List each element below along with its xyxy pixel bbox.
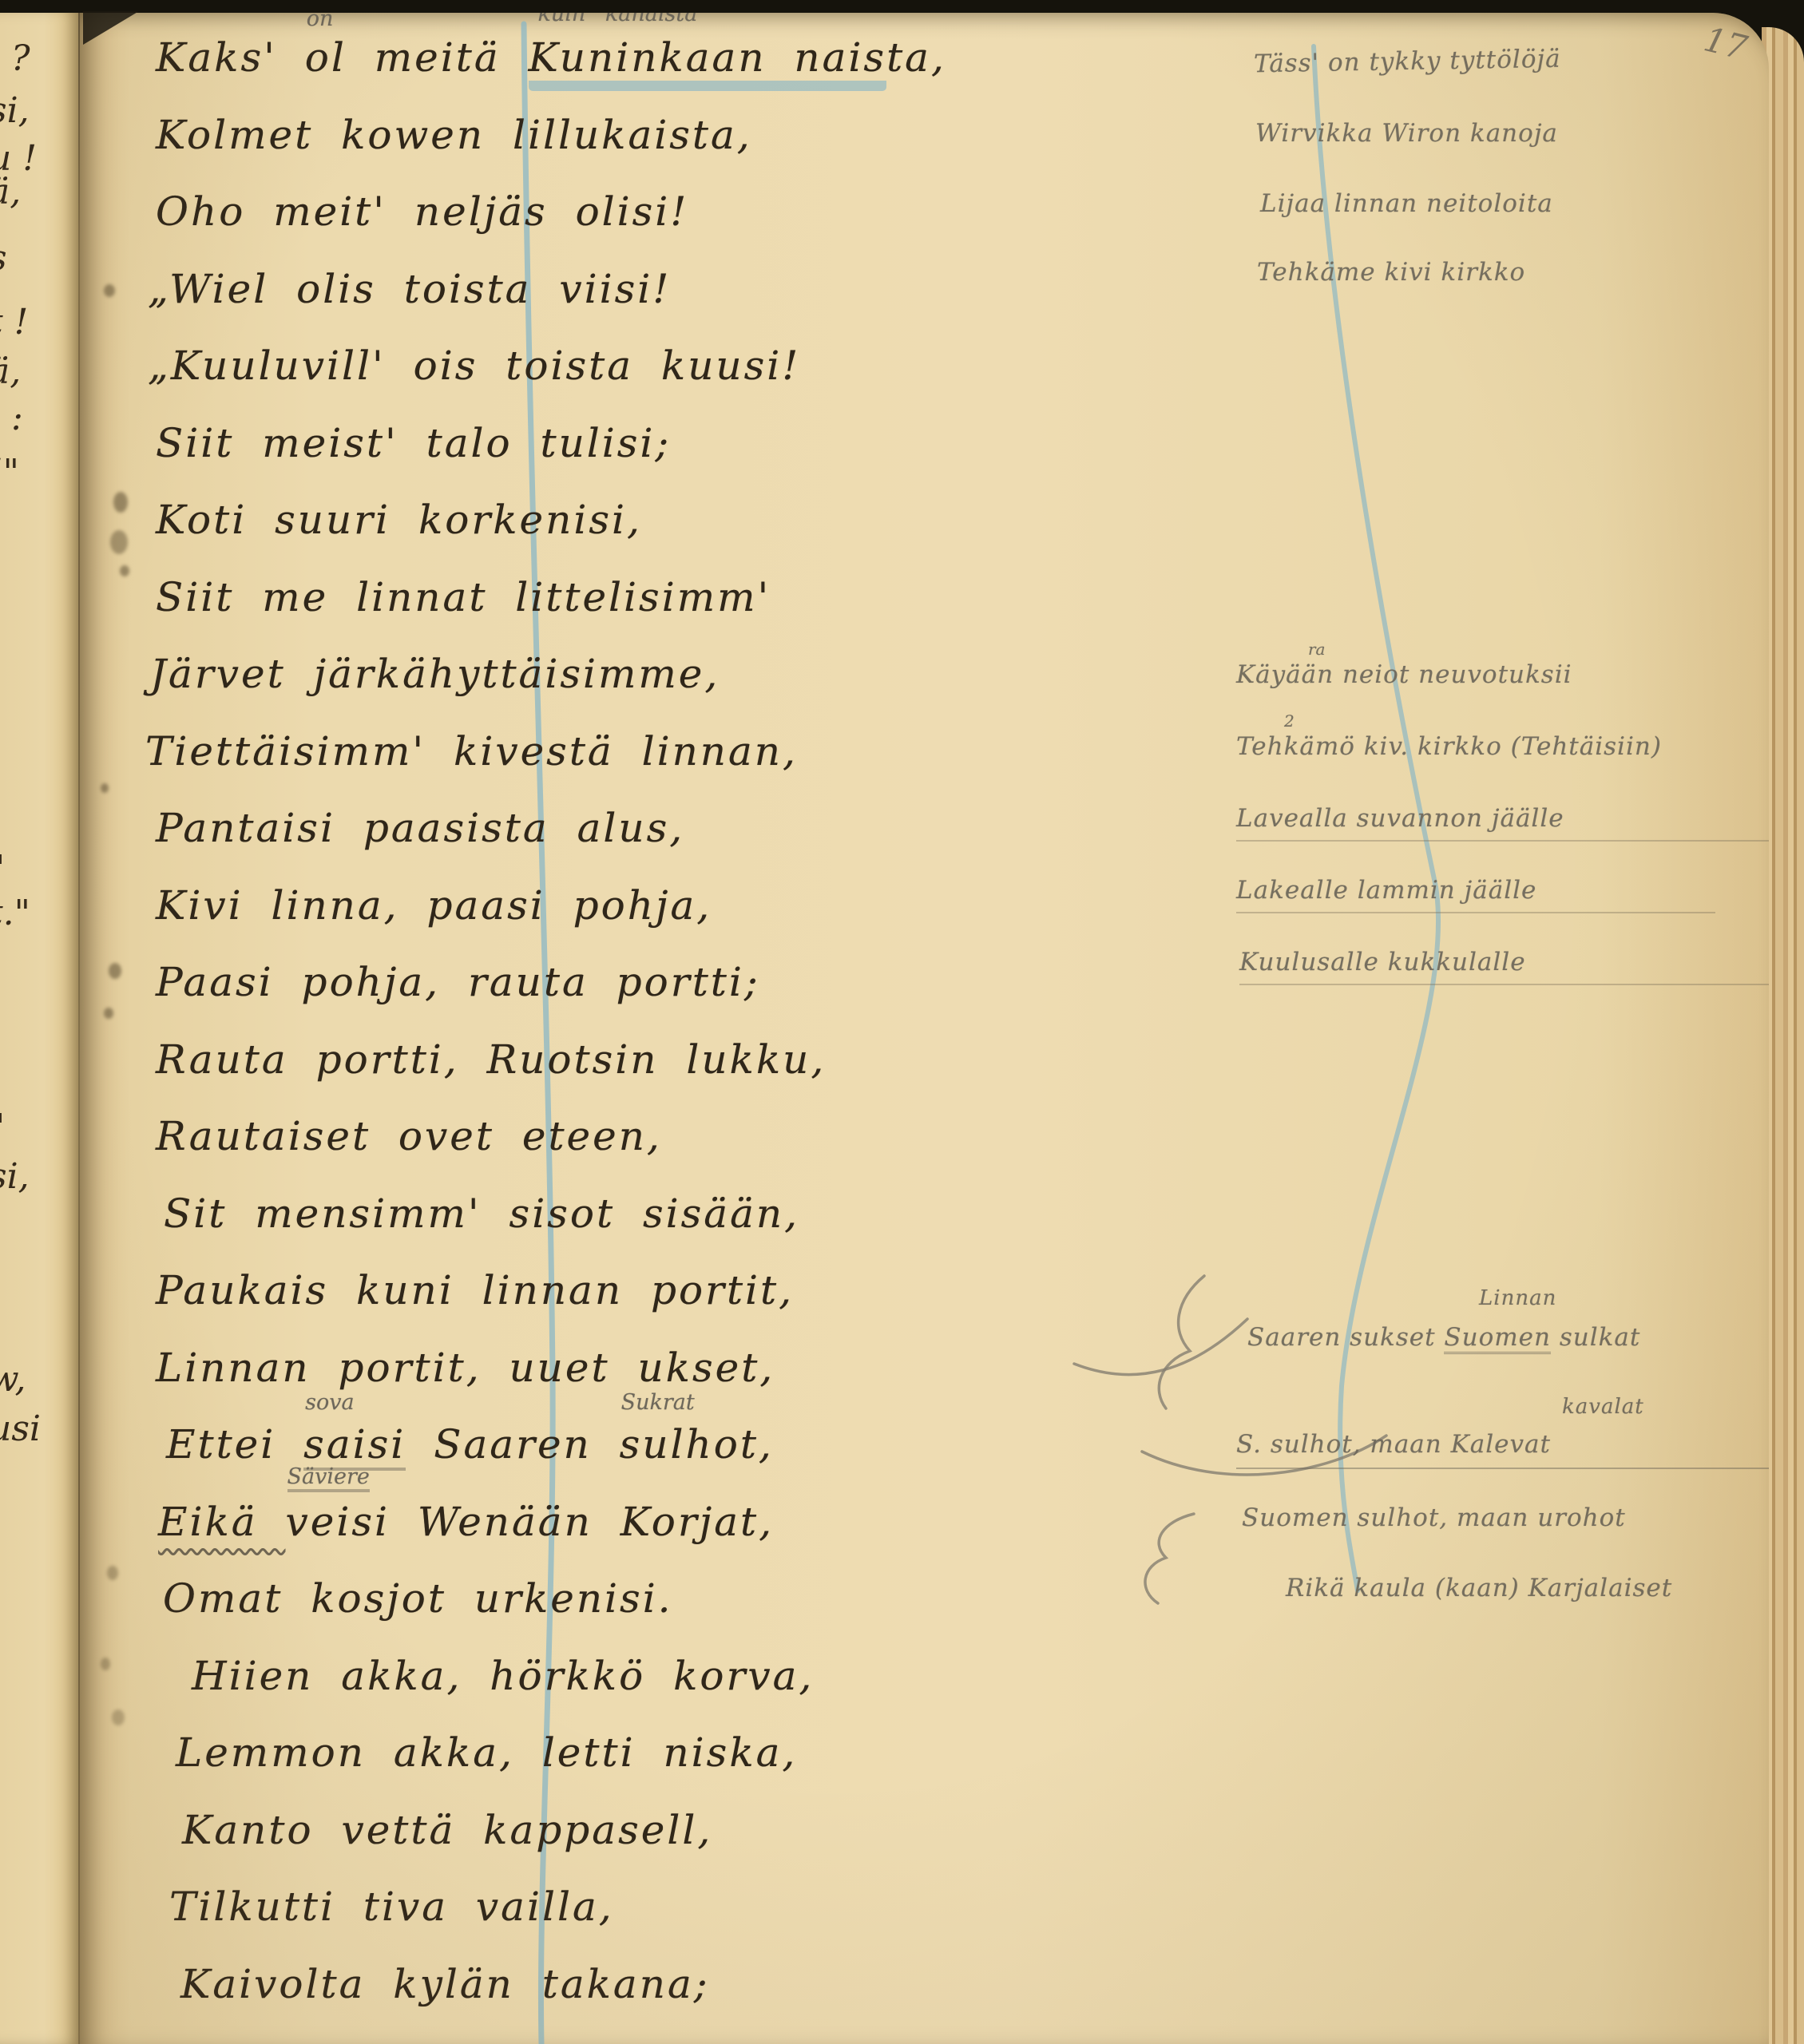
foxing-spot: [110, 530, 128, 554]
verse-line-7: Koti suuri korkenisi,: [156, 496, 642, 544]
margin-note: Rikä kaula (kaan) Karjalaiset: [1286, 1575, 1672, 1603]
foxing-spot: [109, 963, 121, 979]
margin-note: Suomen sulhot, maan urohot: [1242, 1504, 1626, 1533]
page-gap-shadow: [83, 11, 139, 45]
margin-note-superscript: Linnan: [1479, 1287, 1556, 1311]
manuscript-page: 17 Kaks' onol meitä kuin kanaistaKuninka…: [80, 13, 1769, 2044]
foxing-spot: [112, 1709, 125, 1725]
foxing-spot: [113, 492, 128, 513]
verse-line-20: Eikä Säviereveisi Wenään Korjat,: [158, 1498, 774, 1546]
cut-line-fragment: !": [0, 455, 77, 490]
pencil-wavy-underlined: Eikä Säviereveisi: [158, 1499, 390, 1545]
verse-line-21: Omat kosjot urkenisi.: [163, 1575, 673, 1622]
foxing-spot: [120, 565, 129, 576]
verse-text: Kaks': [156, 34, 305, 81]
verse-word-veisi: Säviereveisi: [286, 1498, 390, 1546]
margin-note-underlined: S. sulhot, maan Kalevat: [1236, 1431, 1769, 1469]
cut-line-fragment: ä,: [0, 175, 77, 210]
pencil-note-sova: sova: [305, 1390, 354, 1416]
pencil-mark: 2: [1284, 712, 1295, 731]
verse-word-ol: onol: [305, 34, 347, 81]
verse-line-23: Lemmon akka, letti niska,: [176, 1729, 797, 1777]
verse-line-10: Tiettäisimm' kivestä linnan,: [145, 727, 798, 775]
cut-line-fragment: si,: [0, 1159, 77, 1194]
verse-line-15: Rautaiset ovet eteen,: [156, 1112, 662, 1160]
verse-line-13: Paasi pohja, rauta portti;: [156, 958, 760, 1006]
cut-line-fragment: s: [0, 241, 77, 276]
foxing-spot: [107, 1566, 118, 1580]
cut-line-fragment: i :: [0, 401, 77, 436]
foxing-spot: [101, 783, 109, 793]
photo-background: i ? si, u ! ä, s t ! ä, i : !" " t." ' "…: [0, 0, 1804, 2044]
verse-line-6: Siit meist' talo tulisi;: [156, 419, 671, 467]
pencil-note-kuin-kanaista: kuin kanaista: [538, 13, 698, 27]
margin-note-underlined: Lavealla suvannon jäälle: [1236, 805, 1769, 842]
cut-line-fragment: ä,: [0, 355, 77, 390]
verse-line-11: Pantaisi paasista alus,: [156, 804, 684, 852]
cut-line-fragment: w,: [0, 1362, 77, 1397]
cut-line-fragment: i ?: [0, 42, 77, 77]
margin-note: 2Tehkämö kiv. kirkko (Tehtäisiin): [1236, 733, 1662, 762]
cut-line-fragment: ": [0, 851, 77, 886]
pencil-note-saviere: Säviere: [287, 1464, 370, 1490]
cut-line-fragment: t.": [0, 896, 77, 931]
verse-line-18: Linnan portit, uuet ukset,: [156, 1344, 775, 1392]
verse-line-12: Kivi linna, paasi pohja,: [156, 881, 712, 929]
cut-line-fragment: ': [0, 1035, 77, 1070]
verse-word-sulhot: Sukratsulhot,: [620, 1420, 774, 1468]
cut-line-fragment: si,: [0, 93, 77, 129]
verse-line-22: Hiien akka, hörkkö korva,: [192, 1652, 814, 1700]
verse-line-16: Sit mensimm' sisot sisään,: [164, 1190, 799, 1238]
photo-top-edge: [0, 0, 1804, 13]
verse-line-1: Kaks' onol meitä kuin kanaistaKuninkaan …: [156, 34, 946, 81]
pencil-note-sukrat: Sukrat: [621, 1390, 695, 1416]
margin-note-underlined: Lakealle lammin jäälle: [1236, 877, 1715, 913]
pencil-mark: ra: [1308, 640, 1325, 659]
cut-line-fragment: t !: [0, 305, 77, 340]
verse-line-14: Rauta portti, Ruotsin lukku,: [156, 1036, 826, 1083]
verse-word-kuninkaan: kuin kanaistaKuninkaan nais: [529, 34, 887, 81]
verse-word-saisi: sovasaisi: [303, 1420, 406, 1468]
page-corner-mark: 17: [1701, 22, 1750, 65]
margin-note-superscript: kavalat: [1562, 1396, 1644, 1420]
margin-note: Lijaa linnan neitoloita: [1260, 190, 1553, 219]
verse-line-4: „Wiel olis toista viisi!: [148, 265, 671, 313]
previous-page-edge: i ? si, u ! ä, s t ! ä, i : !" " t." ' "…: [0, 11, 80, 2044]
margin-note: raKäyään neiot neuvotuksii: [1236, 661, 1572, 690]
foxing-spot: [104, 284, 115, 297]
margin-note: Saaren sukset Suomen sulkat: [1247, 1324, 1640, 1353]
verse-line-9: Järvet järkähyttäisimme,: [150, 650, 720, 698]
pencil-note-on: on: [307, 13, 334, 32]
foxing-spot: [101, 1658, 110, 1670]
verse-line-3: Oho meit' neljäs olisi!: [156, 188, 688, 236]
cut-line-fragment: ": [0, 1110, 77, 1145]
verse-line-24: Kanto vettä kappasell,: [182, 1806, 712, 1854]
margin-note: Täss' on tykky tyttölöjä: [1254, 46, 1561, 79]
pencil-underlined-word: Suomen: [1444, 1323, 1551, 1354]
blue-underlined-text: Kuninkaan nais: [529, 34, 887, 91]
margin-note: Wirvikka Wiron kanoja: [1255, 120, 1558, 149]
verse-line-5: „Kuuluvill' ois toista kuusi!: [148, 342, 800, 390]
margin-note-underlined: Kuulusalle kukkulalle: [1239, 949, 1769, 985]
cut-line-fragment: ;: [0, 1460, 77, 1495]
verse-line-25: Tilkutti tiva vailla,: [169, 1883, 614, 1931]
verse-line-8: Siit me linnat littelisimm': [156, 573, 771, 621]
cut-line-fragment: usi: [0, 1412, 77, 1447]
foxing-spot: [104, 1008, 113, 1019]
verse-line-26: Kaivolta kylän takana;: [180, 1960, 710, 2008]
verse-line-19: Ettei sovasaisi Saaren Sukratsulhot,: [166, 1420, 774, 1468]
cut-line-fragment: u !: [0, 141, 77, 176]
verse-line-2: Kolmet kowen lillukaista,: [156, 111, 752, 159]
verse-line-17: Paukais kuni linnan portit,: [156, 1266, 794, 1314]
margin-note: Tehkäme kivi kirkko: [1257, 259, 1525, 287]
